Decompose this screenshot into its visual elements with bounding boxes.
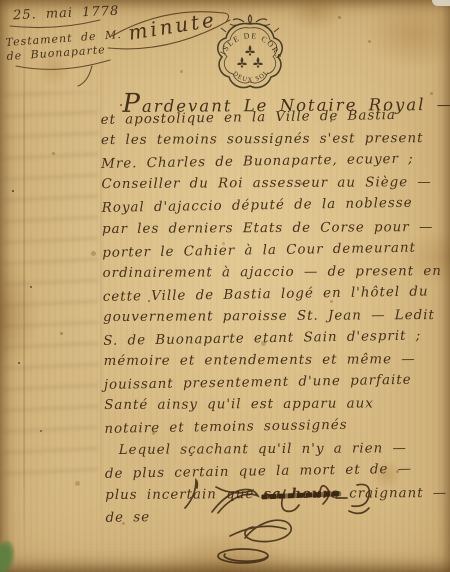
stamp-text-top: ISLE DE CORSE	[206, 14, 283, 61]
deed-line: Royal d'ajaccio député de la noblesse	[102, 196, 447, 224]
manuscript-page: 25. mai 1778 Testament de M. de Buonapar…	[0, 0, 450, 572]
ink-specks	[0, 0, 2, 2]
deed-line: notaire et temoins soussignés	[104, 417, 449, 445]
svg-text:ISLE DE CORSE: ISLE DE CORSE	[206, 14, 283, 61]
date-annotation: 25. mai 1778	[13, 4, 120, 24]
green-stain	[0, 538, 18, 572]
background-corner-sliver	[432, 0, 450, 6]
ink-bleedthrough-texture	[2, 92, 98, 484]
stamp-crown-ornament	[233, 15, 267, 24]
minute-annotation: minute	[127, 7, 219, 45]
deed-line-suffix: craignant —	[340, 486, 447, 502]
deed-line-prefix: plus incertain que	[105, 487, 263, 503]
fleur-de-lis-icon	[237, 45, 263, 68]
oval-scribble	[218, 549, 268, 563]
oval-scribble-inner	[224, 554, 267, 561]
closing-word: de se	[105, 505, 450, 533]
deed-text-block: Pardevant Le Notaire Royal — et apostoli…	[100, 86, 450, 532]
struck-words: sa heure	[263, 485, 340, 501]
